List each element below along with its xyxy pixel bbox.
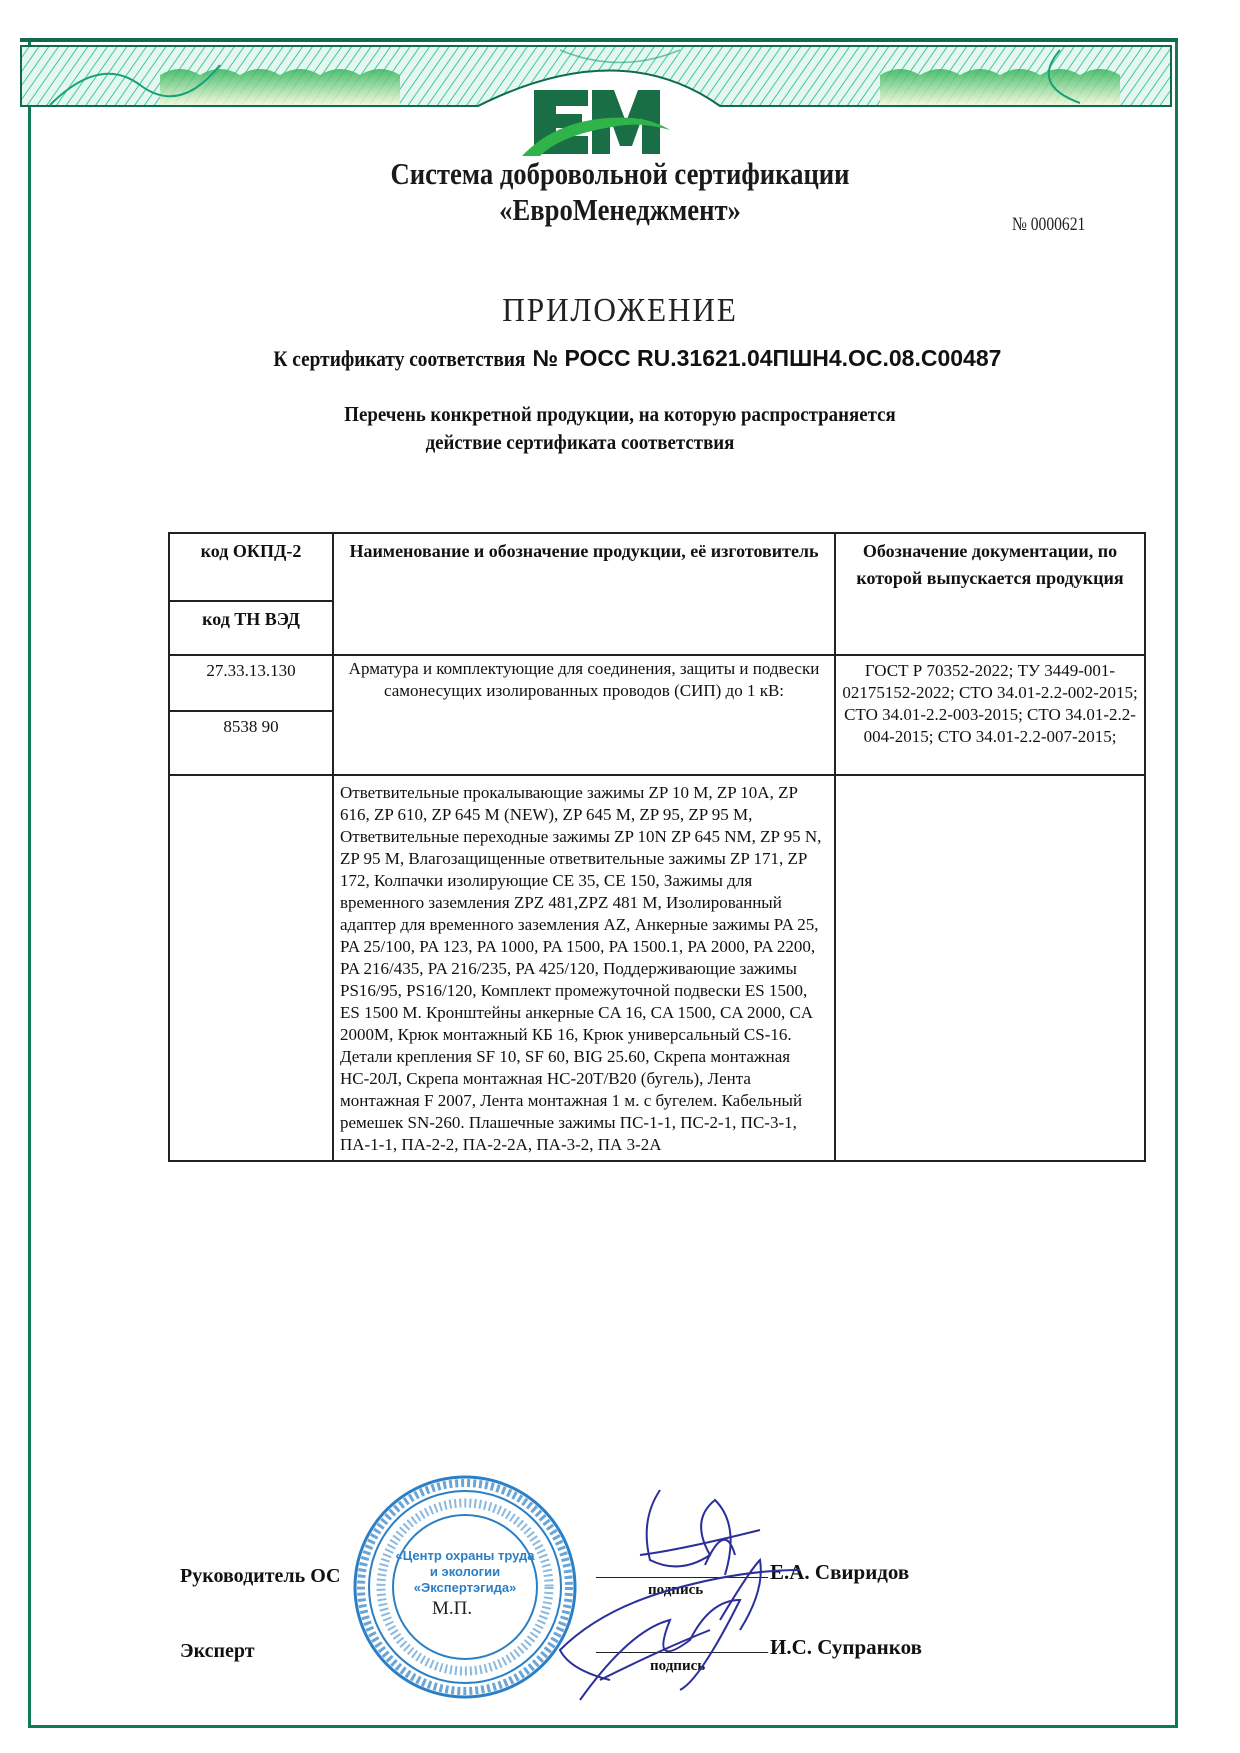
- system-name: «ЕвроМенеджмент»: [87, 192, 1153, 228]
- cell-product: Арматура и комплектующие для соединения,…: [333, 655, 835, 775]
- certificate-reference-number: № РОСС RU.31621.04ПШН4.ОС.08.С00487: [532, 345, 1001, 371]
- head-of-body-label: Руководитель ОС: [180, 1565, 340, 1588]
- stamp-line-3: «Экспертэгида»: [392, 1580, 538, 1596]
- subheading-line-2: действие сертификата соответствия: [22, 430, 1138, 455]
- header-okpd: код ОКПД-2: [169, 533, 333, 601]
- certificate-reference-label: К сертификату соответствия: [273, 346, 525, 372]
- cell-product-list: Ответвительные прокалывающие зажимы ZP 1…: [333, 775, 835, 1161]
- subheading-line-1: Перечень конкретной продукции, на котору…: [62, 402, 1178, 427]
- expert-label: Эксперт: [180, 1640, 255, 1663]
- cell-docs: ГОСТ Р 70352-2022; ТУ 3449-001-02175152-…: [835, 655, 1145, 775]
- handwritten-signatures-icon: [540, 1480, 900, 1720]
- annex-title: ПРИЛОЖЕНИЕ: [50, 292, 1191, 330]
- table-header-row: код ОКПД-2 Наименование и обозначение пр…: [169, 533, 1145, 601]
- cell-docs-empty: [835, 775, 1145, 1161]
- product-table: код ОКПД-2 Наименование и обозначение пр…: [168, 532, 1146, 1162]
- cell-okpd: 27.33.13.130: [169, 655, 333, 711]
- system-title: Система добровольной сертификации: [87, 156, 1153, 192]
- euromanagement-logo-icon: [522, 86, 672, 158]
- header-docs: Обозначение документации, по которой вып…: [835, 533, 1145, 655]
- top-rule: [20, 38, 1178, 42]
- stamp-mp-label: М.П.: [432, 1598, 472, 1620]
- stamp-line-2: и экологии: [392, 1564, 538, 1580]
- table-row: 27.33.13.130 Арматура и комплектующие дл…: [169, 655, 1145, 711]
- stamp-center-text: «Центр охраны труда и экологии «Экспертэ…: [392, 1548, 538, 1596]
- stamp-line-1: «Центр охраны труда: [392, 1548, 538, 1564]
- cell-okpd-empty: [169, 775, 333, 1161]
- table-row: Ответвительные прокалывающие зажимы ZP 1…: [169, 775, 1145, 1161]
- cell-tnved: 8538 90: [169, 711, 333, 775]
- header-product: Наименование и обозначение продукции, её…: [333, 533, 835, 655]
- certificate-reference: К сертификату соответствия № РОСС RU.316…: [0, 345, 1240, 372]
- form-number: № 0000621: [1012, 214, 1085, 236]
- header-tnved: код ТН ВЭД: [169, 601, 333, 655]
